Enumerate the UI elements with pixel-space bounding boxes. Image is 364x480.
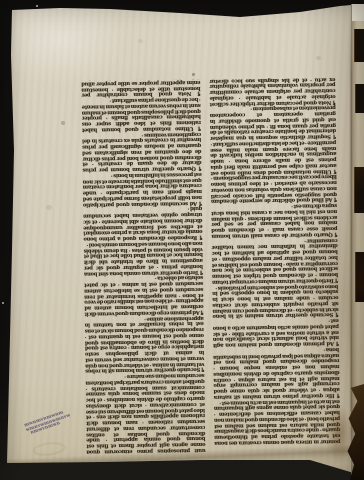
text-paragraph: ¶ Quarto queritur utrum bonum per prius … bbox=[82, 130, 202, 172]
text-paragraph: ¶ Nota quod peccatum dicitur tripliciter… bbox=[209, 77, 335, 106]
text-paragraph: ¶ Tertio queritur utrum malum corrumpat … bbox=[212, 236, 339, 284]
text-paragraph: ponitur in littera quod omnis creatura d… bbox=[214, 397, 341, 445]
dust-speck bbox=[2, 302, 4, 304]
text-column-right: ponitur in littera quod omnis creatura d… bbox=[209, 77, 340, 445]
foxing-spot bbox=[138, 39, 143, 43]
text-paragraph: ¶ Ultimo notandum quod deus nullo modo e… bbox=[210, 139, 336, 175]
text-paragraph: ¶ Sequitur distinctio sequens in qua mag… bbox=[210, 104, 336, 140]
foxing-spot bbox=[61, 121, 65, 125]
binding-tab bbox=[354, 29, 364, 62]
text-paragraph: ¶ Respondeo dicendum quod a primo bono o… bbox=[83, 205, 202, 241]
foxing-spot bbox=[46, 205, 52, 210]
underleaf-corner bbox=[352, 4, 364, 21]
text-paragraph: ¶ Ad illud quod obiicitur de serpente di… bbox=[211, 173, 337, 204]
edge-stain bbox=[326, 404, 352, 462]
text-paragraph: ¶ Quarto queritur de causa mali utrum bo… bbox=[211, 202, 337, 238]
binding-tab bbox=[354, 167, 364, 213]
scan-background: uult philosophus primo ethicorum quod om… bbox=[0, 0, 364, 480]
text-block: uult philosophus primo ethicorum quod om… bbox=[81, 76, 342, 454]
dust-speck bbox=[36, 5, 38, 7]
text-column-left: uult philosophus primo ethicorum quod om… bbox=[81, 79, 205, 454]
binding-tab bbox=[355, 84, 364, 113]
text-paragraph: ¶ Secundo queritur utrum bonum sit in re… bbox=[85, 314, 205, 373]
text-paragraph: ¶ Hic queritur primo utrum malum sit nat… bbox=[213, 345, 340, 399]
foxing-spot bbox=[192, 73, 195, 76]
text-paragraph: ¶ Tertio queritur utrum omnia bona sint … bbox=[84, 239, 203, 275]
text-paragraph: ¶ Ad secundum dicendum quod participatio… bbox=[83, 170, 202, 206]
text-paragraph: ¶ Ad primum dicendum quod malum non agit… bbox=[213, 317, 339, 348]
foxing-spot bbox=[316, 56, 321, 60]
binding-tab bbox=[355, 252, 364, 302]
text-paragraph: ¶ Nota quod bonum contrahitur per honest… bbox=[81, 79, 200, 97]
text-paragraph: uult philosophus primo ethicorum quod om… bbox=[85, 372, 205, 454]
text-paragraph: ¶ Ultimo notandum quod bonum habet ratio… bbox=[82, 96, 201, 132]
text-paragraph: ¶ Ad primum ergo dicendum quod verum dic… bbox=[84, 274, 204, 316]
page-edge-shadow bbox=[350, 6, 352, 466]
text-paragraph: ¶ Secundo queritur utrum malum sit in bo… bbox=[212, 282, 338, 318]
